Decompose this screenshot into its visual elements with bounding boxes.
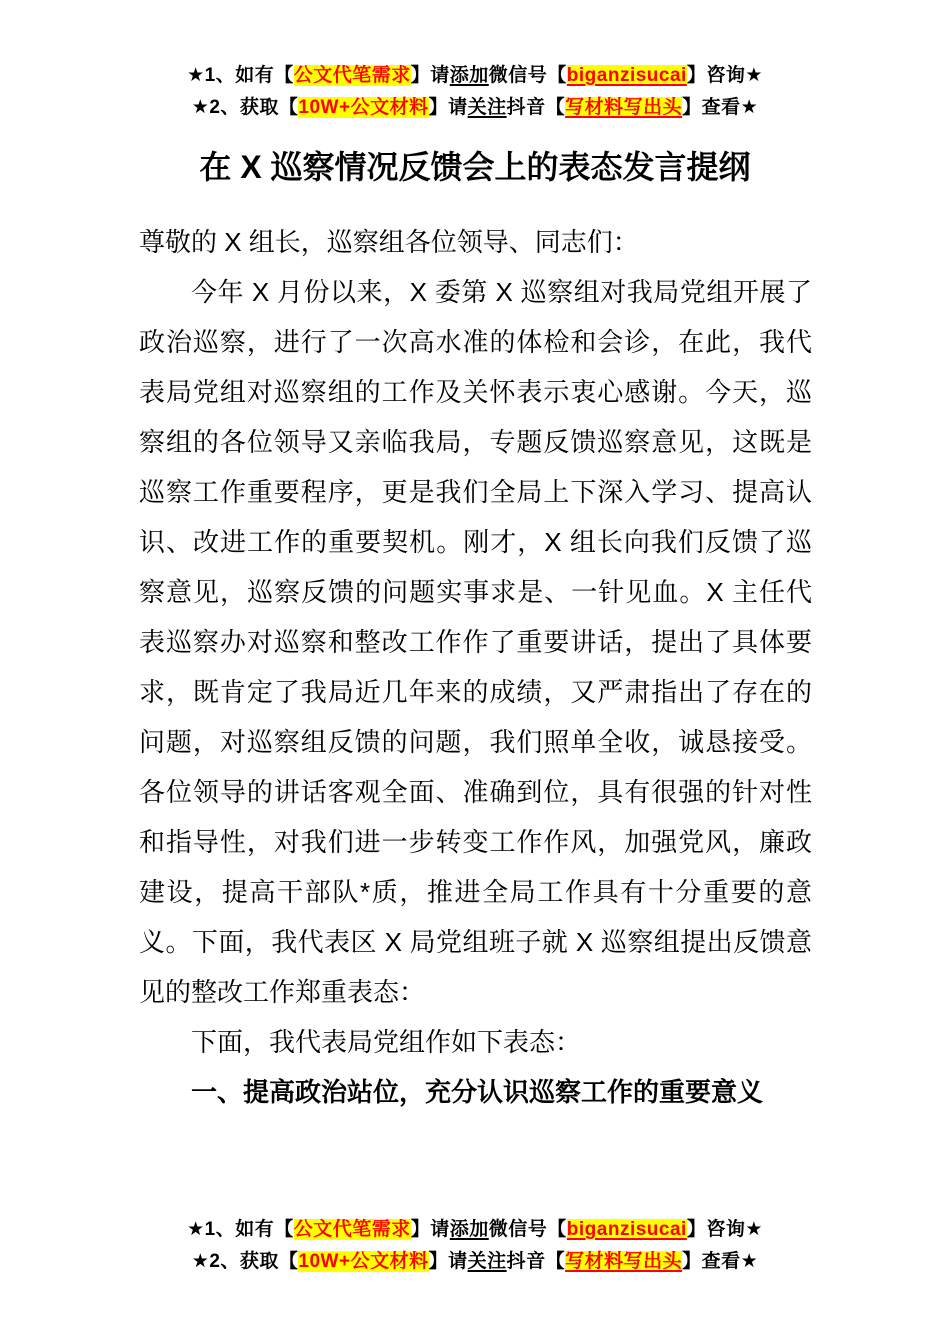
footer-promo-line-2: ★2、获取【10W+公文材料】请关注抖音【写材料写出头】查看★ xyxy=(0,1246,950,1278)
promo-text: 】咨询★ xyxy=(687,1219,763,1240)
promo-text: ★1、如有【 xyxy=(187,1219,294,1240)
promo-text: 】请 xyxy=(411,65,450,86)
promo-text: 抖音【 xyxy=(507,1251,566,1272)
follow-action-underline: 关注 xyxy=(468,1251,507,1272)
wechat-id-highlight: biganzisucai xyxy=(567,1219,687,1240)
add-action-underline: 添加 xyxy=(450,1219,489,1240)
promo-text: 】请 xyxy=(429,1251,468,1272)
service-keyword-highlight: 公文代笔需求 xyxy=(294,65,411,86)
add-action-underline: 添加 xyxy=(450,65,489,86)
header-promo-block: ★1、如有【公文代笔需求】请添加微信号【biganzisucai】咨询★ ★2、… xyxy=(0,60,950,124)
douyin-account-highlight: 写材料写出头 xyxy=(565,1251,682,1272)
header-promo-line-1: ★1、如有【公文代笔需求】请添加微信号【biganzisucai】咨询★ xyxy=(0,60,950,92)
promo-text: 】查看★ xyxy=(682,97,758,118)
footer-promo-line-1: ★1、如有【公文代笔需求】请添加微信号【biganzisucai】咨询★ xyxy=(0,1214,950,1246)
promo-text: 】查看★ xyxy=(682,1251,758,1272)
materials-keyword-highlight: 10W+公文材料 xyxy=(298,97,428,118)
salutation: 尊敬的 X 组长，巡察组各位领导、同志们： xyxy=(139,217,812,267)
materials-keyword-highlight: 10W+公文材料 xyxy=(298,1251,428,1272)
service-keyword-highlight: 公文代笔需求 xyxy=(294,1219,411,1240)
promo-text: 微信号【 xyxy=(489,65,567,86)
document-title: 在 X 巡察情况反馈会上的表态发言提纲 xyxy=(0,144,950,190)
promo-text: 】请 xyxy=(411,1219,450,1240)
promo-text: 】咨询★ xyxy=(687,65,763,86)
footer-promo-block: ★1、如有【公文代笔需求】请添加微信号【biganzisucai】咨询★ ★2、… xyxy=(0,1214,950,1278)
follow-action-underline: 关注 xyxy=(468,97,507,118)
section-heading-1: 一、提高政治站位，充分认识巡察工作的重要意义 xyxy=(139,1067,812,1117)
transition-line: 下面，我代表局党组作如下表态： xyxy=(139,1017,812,1067)
document-body: 尊敬的 X 组长，巡察组各位领导、同志们：今年 X 月份以来，X 委第 X 巡察… xyxy=(139,217,812,1117)
promo-text: ★2、获取【 xyxy=(192,97,299,118)
promo-text: ★1、如有【 xyxy=(187,65,294,86)
promo-text: 微信号【 xyxy=(489,1219,567,1240)
wechat-id-highlight: biganzisucai xyxy=(567,65,687,86)
promo-text: 】请 xyxy=(429,97,468,118)
promo-text: 抖音【 xyxy=(507,97,566,118)
document-page: ★1、如有【公文代笔需求】请添加微信号【biganzisucai】咨询★ ★2、… xyxy=(0,0,950,1344)
opening-paragraph: 今年 X 月份以来，X 委第 X 巡察组对我局党组开展了政治巡察，进行了一次高水… xyxy=(139,267,812,1017)
header-promo-line-2: ★2、获取【10W+公文材料】请关注抖音【写材料写出头】查看★ xyxy=(0,92,950,124)
promo-text: ★2、获取【 xyxy=(192,1251,299,1272)
douyin-account-highlight: 写材料写出头 xyxy=(565,97,682,118)
